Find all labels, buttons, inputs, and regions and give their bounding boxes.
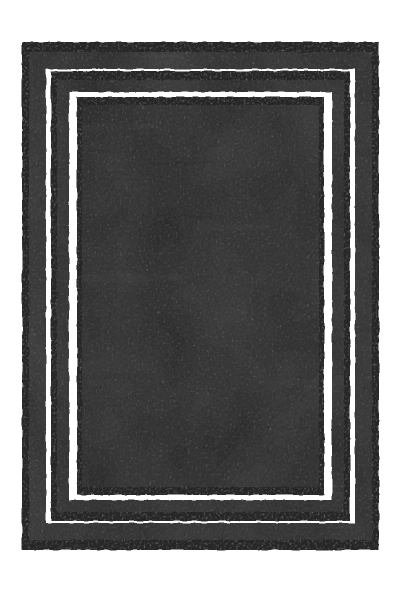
product-photo-canvas [0, 0, 400, 600]
rug [29, 52, 372, 540]
rug-product-image [0, 0, 400, 600]
center-field [82, 105, 319, 487]
